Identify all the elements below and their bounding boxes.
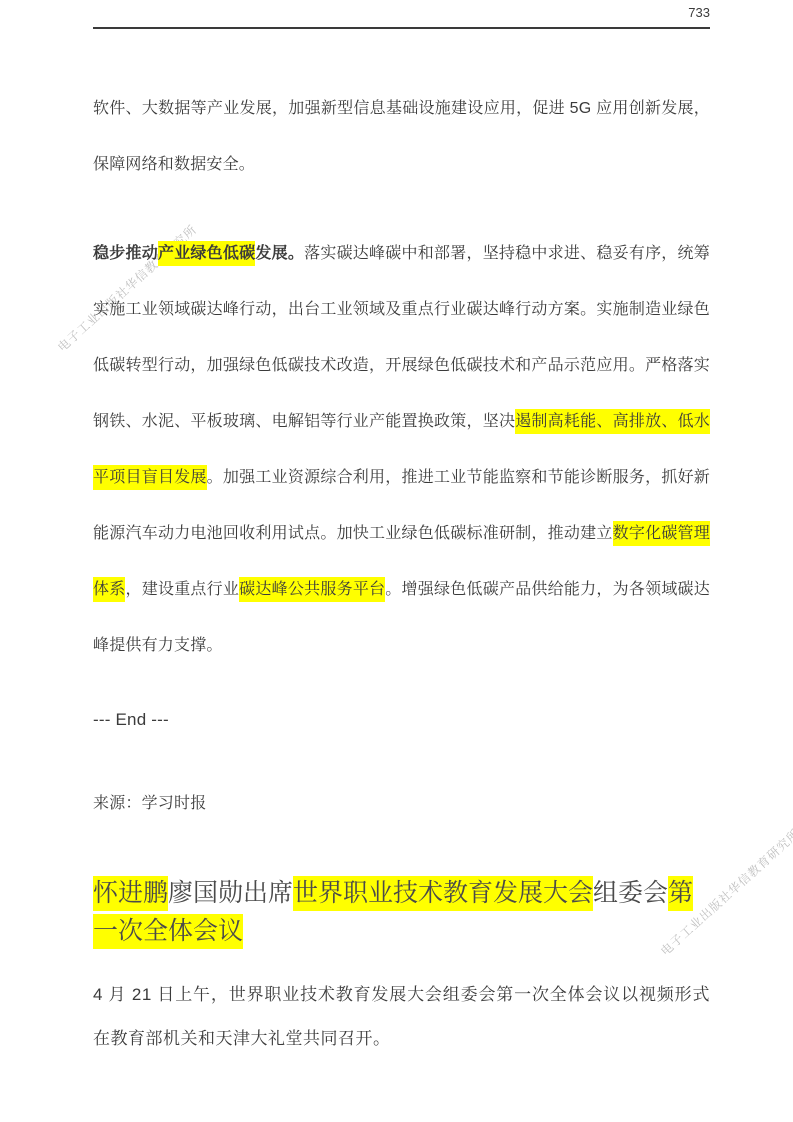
text-run: 稳步推动: [93, 245, 158, 262]
header-rule: [93, 27, 710, 29]
text-run: 发展。: [255, 245, 304, 262]
page-header: 733: [93, 0, 710, 20]
content-column: 733 软件、大数据等产业发展，加强新型信息基础设施建设应用，促进 5G 应用创…: [93, 0, 710, 1061]
text-run: 4 月 21 日上午，世界职业技术教育发展大会组委会第一次全体会议以视频形式在教…: [93, 985, 710, 1048]
highlighted-text-run: 怀进鹏: [93, 876, 168, 911]
text-run: 落实碳达峰碳中和部署，坚持稳中求进、稳妥有序，统筹实施工业领域碳达峰行动，出台工…: [93, 245, 710, 430]
highlighted-text-run: 碳达峰公共服务平台: [239, 577, 385, 602]
highlighted-text-run: 世界职业技术教育发展大会: [293, 876, 593, 911]
source-line: 来源：学习时报: [93, 776, 710, 832]
text-run: 组委会: [593, 880, 668, 907]
paragraph-industry-development: 软件、大数据等产业发展，加强新型信息基础设施建设应用，促进 5G 应用创新发展，…: [93, 81, 710, 193]
paragraph-green-low-carbon: 稳步推动产业绿色低碳发展。落实碳达峰碳中和部署，坚持稳中求进、稳妥有序，统筹实施…: [93, 226, 710, 674]
paragraph-meeting-news: 4 月 21 日上午，世界职业技术教育发展大会组委会第一次全体会议以视频形式在教…: [93, 973, 710, 1061]
text-run: 来源：学习时报: [93, 795, 206, 812]
text-run: 廖国勋出席: [168, 880, 293, 907]
document-page: 电子工业出版社华信教育研究所 电子工业出版社华信教育研究所 733 软件、大数据…: [0, 0, 793, 1122]
article-heading: 怀进鹏廖国勋出席世界职业技术教育发展大会组委会第一次全体会议: [93, 875, 710, 951]
page-number: 733: [688, 5, 710, 20]
text-run: 软件、大数据等产业发展，加强新型信息基础设施建设应用，促进 5G 应用创新发展，…: [93, 100, 710, 173]
text-run: ，建设重点行业: [125, 581, 239, 598]
document-body: 软件、大数据等产业发展，加强新型信息基础设施建设应用，促进 5G 应用创新发展，…: [93, 81, 710, 1061]
text-run: --- End ---: [93, 710, 169, 729]
highlighted-text-run: 产业绿色低碳: [158, 241, 255, 266]
end-marker: --- End ---: [93, 692, 710, 748]
